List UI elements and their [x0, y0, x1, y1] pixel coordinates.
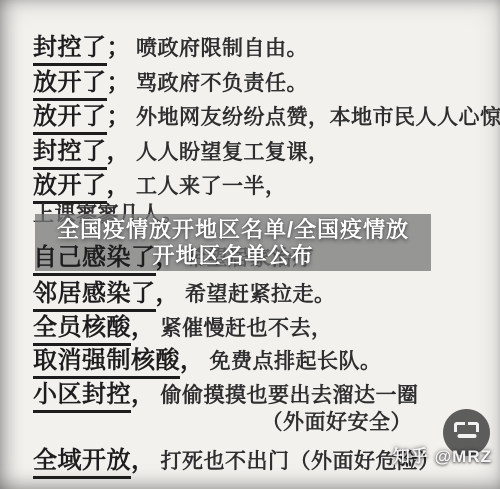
line-separator: ， — [156, 280, 181, 307]
meme-image: 封控了；喷政府限制自由。 放开了；骂政府不负责任。 放开了；外地网友纷纷点赞，本… — [0, 0, 500, 489]
line-rest: 外地网友纷纷点赞，本地市民人人心惊。 — [136, 106, 500, 129]
meme-line: 邻居感染了，希望赶紧拉走。 — [33, 273, 336, 308]
line-rest: 喷政府限制自由。 — [136, 37, 308, 60]
line-rest: 骂政府不负责任。 — [136, 72, 308, 95]
meme-line: 放开了；外地网友纷纷点赞，本地市民人人心惊。 — [33, 96, 500, 131]
line-rest: 免费点排起长队。 — [210, 350, 382, 373]
avatar-bracket-right — [468, 422, 479, 432]
avatar-mouth-bar — [457, 434, 476, 438]
line-separator: ， — [131, 447, 156, 474]
overlay-title-line1: 全国疫情放开地区名单/全国疫情放 — [57, 217, 409, 243]
line-rest: 工人来了一半， — [136, 175, 287, 198]
line-separator: ， — [107, 172, 132, 199]
line-separator: ， — [107, 138, 132, 165]
line-separator: ； — [107, 69, 132, 96]
line-separator: ； — [107, 103, 132, 130]
line-separator: ， — [180, 347, 205, 374]
meme-line: 全员核酸，紧催慢赶也不去， — [33, 307, 333, 342]
line-separator: ， — [131, 314, 156, 341]
meme-line: 取消强制核酸，免费点排起长队。 — [33, 340, 382, 375]
line-separator: ， — [131, 381, 156, 408]
line-rest: 紧催慢赶也不去， — [161, 317, 333, 340]
watermark-label: 知乎 @MRZ — [393, 442, 492, 467]
line-separator: ； — [107, 34, 132, 61]
meme-line: 小区封控，偷偷摸摸也要出去溜达一圈 — [33, 374, 419, 409]
meme-line: 封控了；喷政府限制自由。 — [33, 27, 308, 62]
meme-line: 全域开放，打死也不出门（外面好危险） — [33, 440, 440, 475]
line-separator: ， — [156, 244, 181, 271]
line-rest: 希望赶紧拉走。 — [185, 283, 336, 306]
line-lead: 全域开放 — [33, 447, 131, 479]
meme-line: 放开了；骂政府不负责任。 — [33, 62, 308, 97]
avatar-bracket-left — [454, 422, 465, 432]
zhihu-watermark: 知乎 @MRZ — [390, 414, 500, 489]
meme-line: 封控了，人人盼望复工复课， — [33, 131, 330, 166]
line-rest: 人人盼望复工复课， — [136, 141, 330, 164]
line-lead: 小区封控 — [33, 381, 131, 413]
meme-line: 放开了，工人来了一半， — [33, 165, 287, 200]
line-rest: 偷偷摸摸也要出去溜达一圈 — [161, 384, 419, 407]
line-lead: 自己感染了 — [33, 244, 156, 276]
